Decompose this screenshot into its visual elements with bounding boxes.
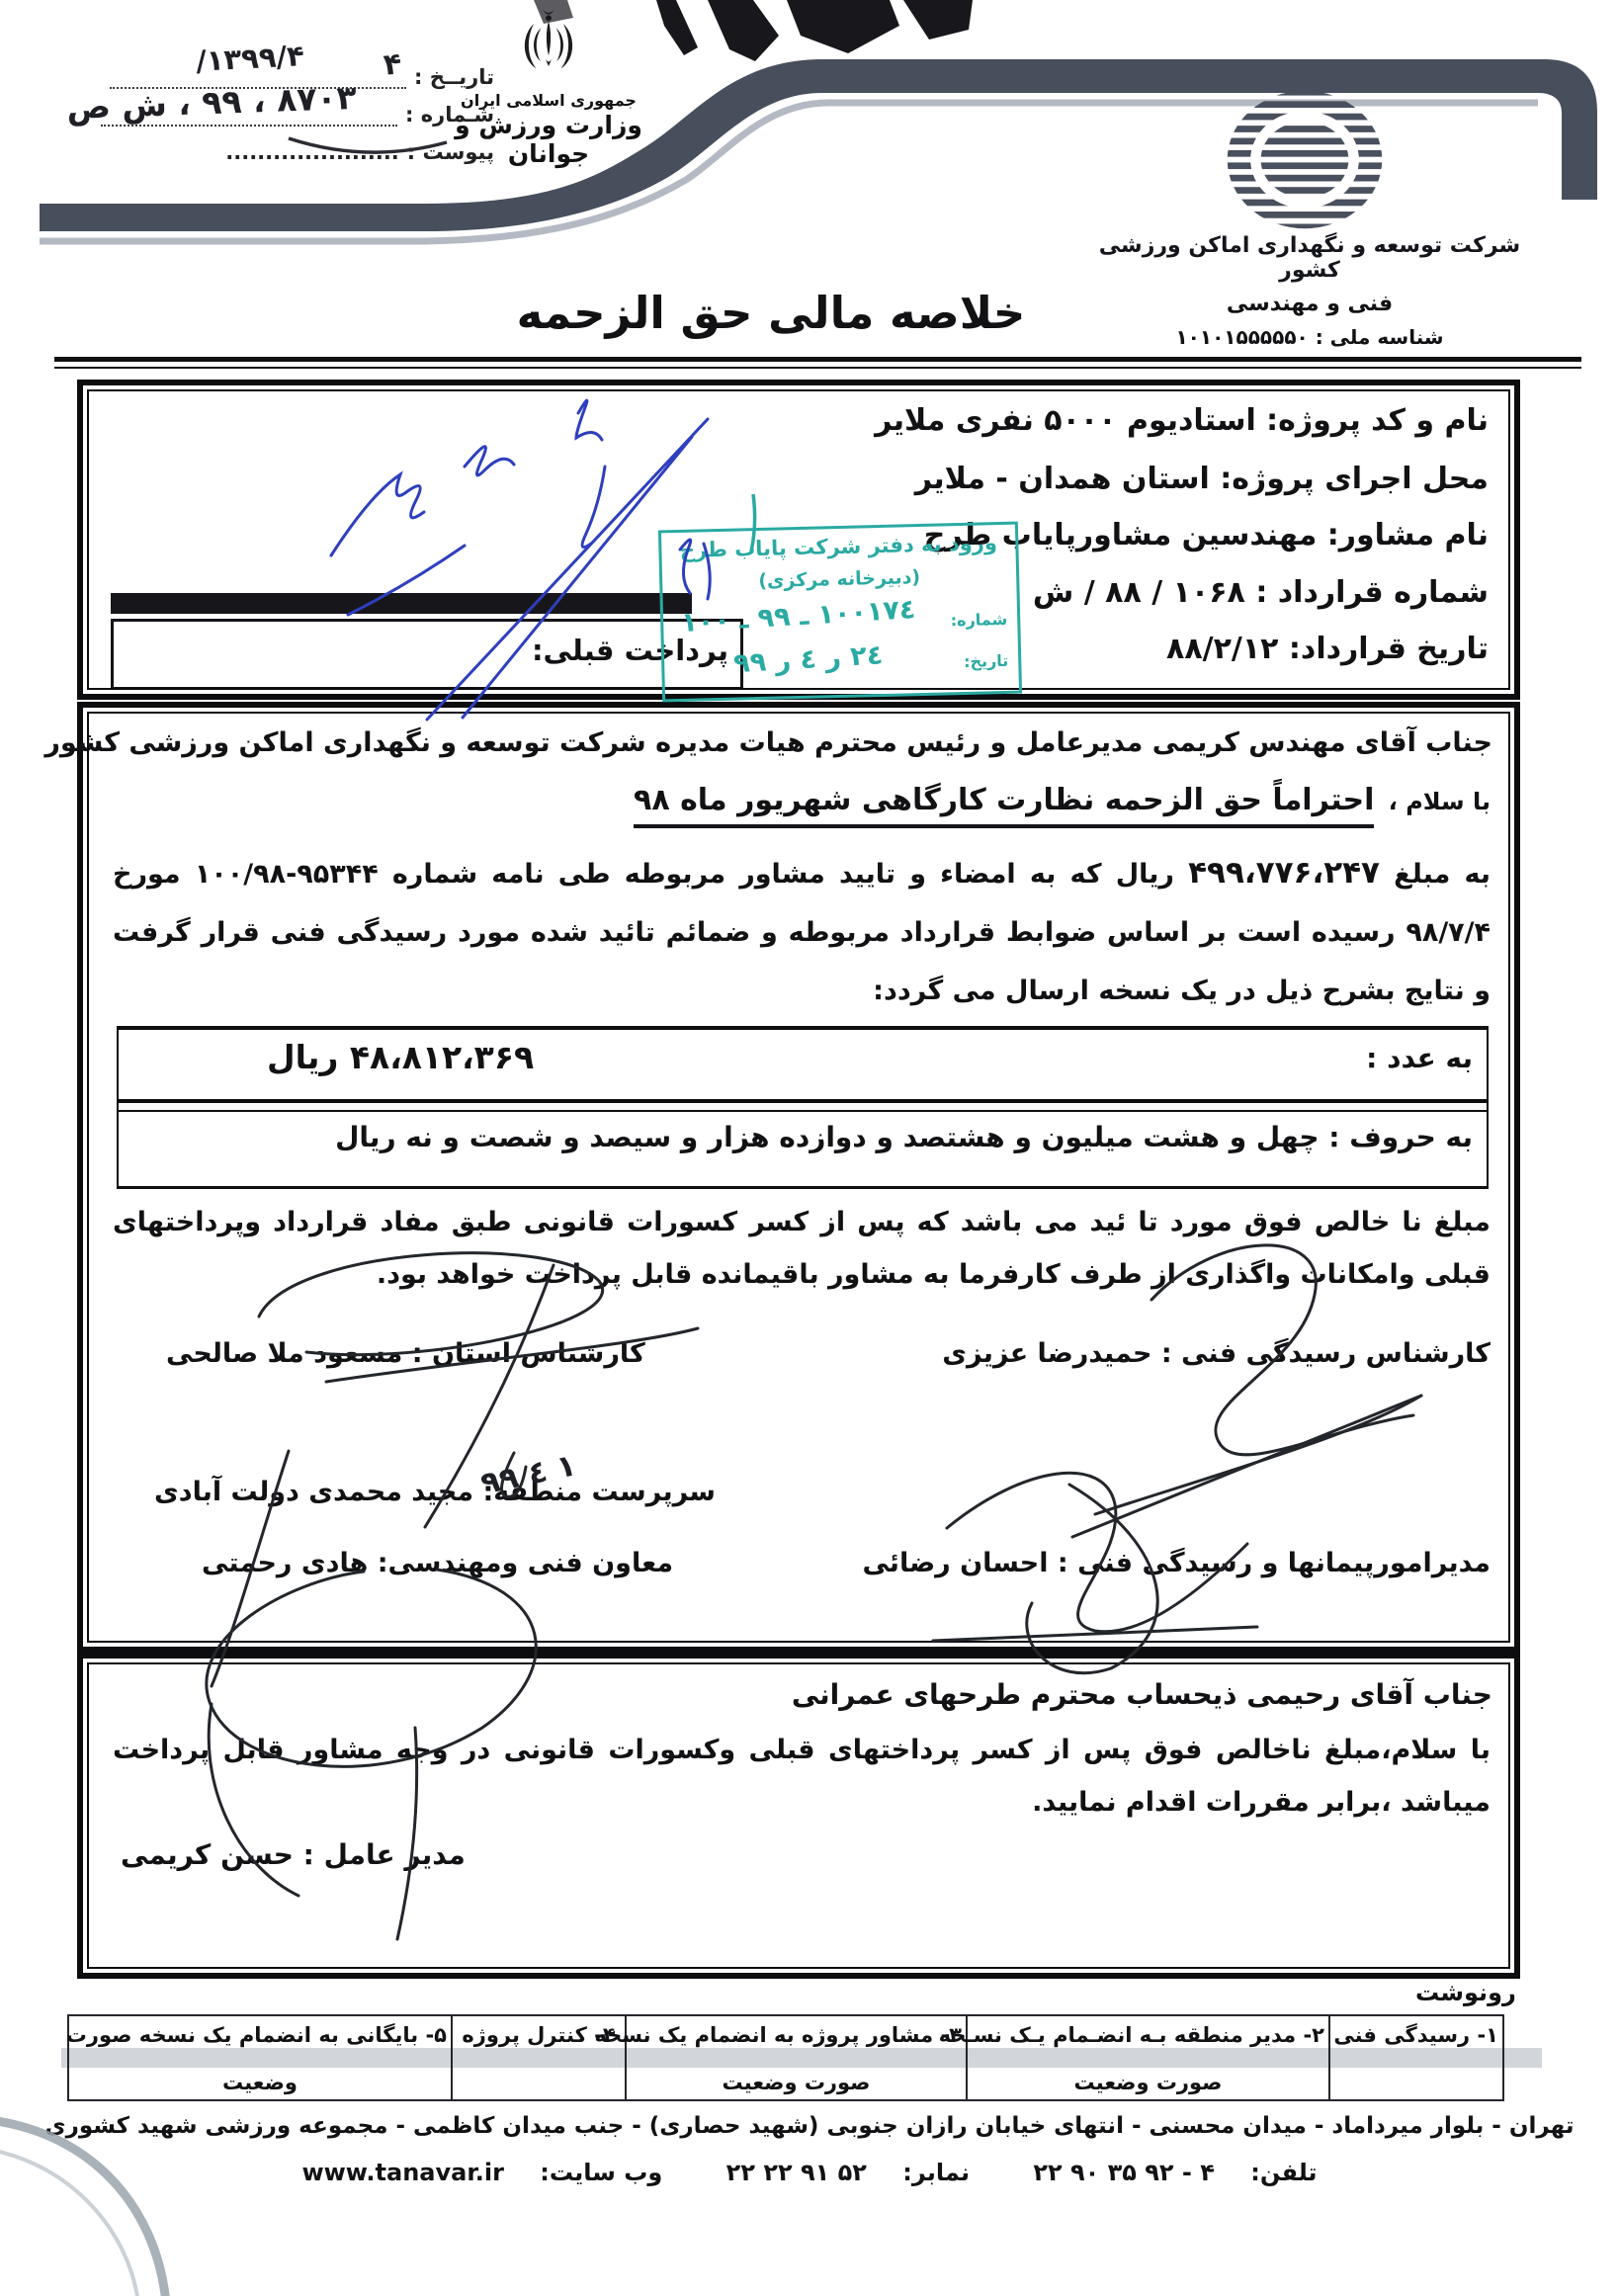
main-body-box: جناب آقای مهندس کریمی مدیرعامل و رئیس مح… [77, 702, 1520, 1653]
cc-cell-2-line2: صورت وضعیت [968, 2071, 1328, 2094]
document-title: خلاصه مالی حق الزحمه [474, 287, 1067, 339]
footer-address: تهران - بلوار میرداماد - میدان محسنی - ا… [0, 2113, 1619, 2139]
addressee-line: جناب آقای مهندس کریمی مدیرعامل و رئیس مح… [105, 727, 1492, 758]
footer-contact: تلفن: ۴ - ۹۲ ۳۵ ۹۰ ۲۲ نمابر: ۵۲ ۹۱ ۲۲ ۲۲… [0, 2159, 1619, 2186]
company-national-id: شناسه ملی : ۱۰۱۰۱۵۵۵۵۵۰ [1092, 325, 1527, 349]
cc-cell-5-line1: ۵- بایگانی به انضمام یک نسخه صورت [69, 2023, 451, 2047]
subject-line: احتراماً حق الزحمه نظارت کارگاهی شهریور … [634, 783, 1374, 828]
fax-group: نمابر: ۵۲ ۹۱ ۲۲ ۲۲ [704, 2159, 983, 2186]
web-value: www.tanavar.ir [301, 2159, 503, 2186]
payment-addressee: جناب آقای رحیمی ذیحساب محترم طرحهای عمرا… [792, 1678, 1492, 1711]
black-fill-bar [111, 593, 692, 614]
cc-cell-5: ۵- بایگانی به انضمام یک نسخه صورت وضعیت [69, 2016, 451, 2099]
scan-corner-arc-icon [0, 2120, 166, 2296]
iran-emblem-icon [516, 6, 581, 89]
consultant-entry-stamp: ورود به دفتر شرکت پایاب طرح (دبیرخانه مر… [658, 522, 1022, 703]
paragraph-amount: به مبلغ ۴۹۹،۷۷۶،۲۴۷ ریال که به امضاء و ت… [113, 844, 1491, 1020]
salutation-row: با سلام ، احتراماً حق الزحمه نظارت کارگا… [634, 783, 1491, 817]
cc-table: ۱- رسیدگی فنی ۲- مدیر منطقه بـه انضـمام … [67, 2014, 1504, 2101]
paragraph-net-note: مبلغ نا خالص فوق مورد تا ئید می باشد که … [113, 1196, 1491, 1301]
web-label: وب سایت: [540, 2159, 662, 2186]
stamp-date-label: تاریخ: [964, 651, 1009, 671]
amount-box-divider [119, 1099, 1487, 1112]
sig-technical-review: کارشناس رسیدگی فنی : حمیدرضا عزیزی [942, 1338, 1491, 1369]
stamp-number-value: ۱۰۰۱۷٤ ـ ۹۹ ـ ۱۰۰ [680, 594, 916, 638]
ministry-block: جمهوری اسلامی ایران وزارت ورزش و جوانان [443, 6, 654, 168]
cc-cell-3-line2: صورت وضعیت [627, 2071, 966, 2094]
republic-title: جمهوری اسلامی ایران [443, 91, 654, 110]
phone-value: ۴ - ۹۲ ۳۵ ۹۰ ۲۲ [1033, 2159, 1215, 2186]
web-group: وب سایت: www.tanavar.ir [288, 2159, 676, 2186]
cc-cell-2-line1: ۲- مدیر منطقه بـه انضـمام یـک نسـخه [968, 2023, 1328, 2047]
previous-payment-box: پرداخت قبلی: [111, 619, 743, 690]
cc-cell-1-line1: ۱- رسیدگی فنی [1330, 2023, 1502, 2047]
payment-instruction-box: جناب آقای رحیمی ذیحساب محترم طرحهای عمرا… [77, 1653, 1520, 1979]
amount-in-words: به حروف : چهل و هشت میلیون و هشتصد و دوا… [335, 1121, 1473, 1153]
cc-cell-4: ۴- کنترل پروژه [451, 2016, 625, 2099]
cc-cell-2: ۲- مدیر منطقه بـه انضـمام یـک نسـخه صورت… [966, 2016, 1328, 2099]
cc-cell-5-line2: وضعیت [69, 2071, 451, 2094]
title-rule-thin [54, 367, 1581, 369]
para1-prefix: به مبلغ [1394, 859, 1491, 890]
ceo-signature-line: مدیر عامل : حسن کریمی [121, 1838, 466, 1871]
project-name: نام و کد پروژه: استادیوم ۵۰۰۰ نفری ملایر [109, 403, 1489, 438]
sig-region-supervisor: سرپرست منطقه: مجید محمدی دولت آبادی [154, 1477, 716, 1507]
phone-label: تلفن: [1250, 2159, 1317, 2186]
fax-value: ۵۲ ۹۱ ۲۲ ۲۲ [726, 2159, 867, 2186]
phone-group: تلفن: ۴ - ۹۲ ۳۵ ۹۰ ۲۲ [1011, 2159, 1331, 2186]
project-location: محل اجرای پروژه: استان همدان - ملایر [109, 462, 1489, 496]
words-label: به حروف : [1328, 1121, 1473, 1153]
cc-cell-3-line1: ۳- مشاور پروژه به انضمام یک نسخه [627, 2023, 966, 2047]
scanned-letter-page: تاریــخ : شـماره : پیوست : .............… [0, 0, 1619, 2296]
ministry-title: وزارت ورزش و جوانان [443, 111, 654, 168]
cc-cell-3: ۳- مشاور پروژه به انضمام یک نسخه صورت وض… [625, 2016, 966, 2099]
numeric-label: به عدد : [1366, 1042, 1473, 1074]
stamp-date-value: ۲٤ ر ٤ ر ۹۹ [732, 639, 884, 679]
company-logo-icon [1224, 87, 1386, 233]
numeric-amount: ۴۸،۸۱۲،۳۶۹ ریال [267, 1038, 534, 1076]
fax-label: نمابر: [902, 2159, 970, 2186]
stamp-line2: (دبیرخانه مرکزی) [670, 564, 1008, 594]
words-value: چهل و هشت میلیون و هشتصد و دوازده هزار و… [335, 1121, 1319, 1153]
sig-province-expert: کارشناس استان : مسعود ملا صالحی [166, 1338, 645, 1369]
cc-label: رونوشت [1415, 1979, 1516, 2006]
net-amount-box: به عدد : ۴۸،۸۱۲،۳۶۹ ریال به حروف : چهل و… [117, 1026, 1489, 1189]
cc-cell-4-line1: ۴- کنترل پروژه [453, 2023, 625, 2047]
project-info-box: نام و کد پروژه: استادیوم ۵۰۰۰ نفری ملایر… [77, 380, 1520, 700]
company-division: فنی و مهندسی [1092, 292, 1527, 316]
title-rule-thick [54, 357, 1581, 362]
stamp-number-label: شماره: [950, 610, 1007, 630]
payment-body: با سلام،مبلغ ناخالص فوق پس از کسر پرداخت… [113, 1724, 1491, 1828]
company-block: شرکت توسعه و نگهداری اماکن ورزشی کشور فن… [1092, 233, 1527, 349]
cc-cell-1: ۱- رسیدگی فنی [1328, 2016, 1502, 2099]
sig-technical-deputy: معاون فنی ومهندسی: هادی رحمتی [202, 1548, 673, 1578]
company-name: شرکت توسعه و نگهداری اماکن ورزشی کشور [1092, 233, 1527, 283]
stamp-line1: ورود به دفتر شرکت پایاب طرح [669, 531, 1007, 562]
salutation: با سلام ، [1389, 788, 1491, 815]
gross-amount: ۴۹۹،۷۷۶،۲۴۷ [1188, 855, 1380, 891]
sig-contracts-manager: مدیرامورپیمانها و رسیدگی فنی : احسان رضا… [862, 1548, 1491, 1578]
